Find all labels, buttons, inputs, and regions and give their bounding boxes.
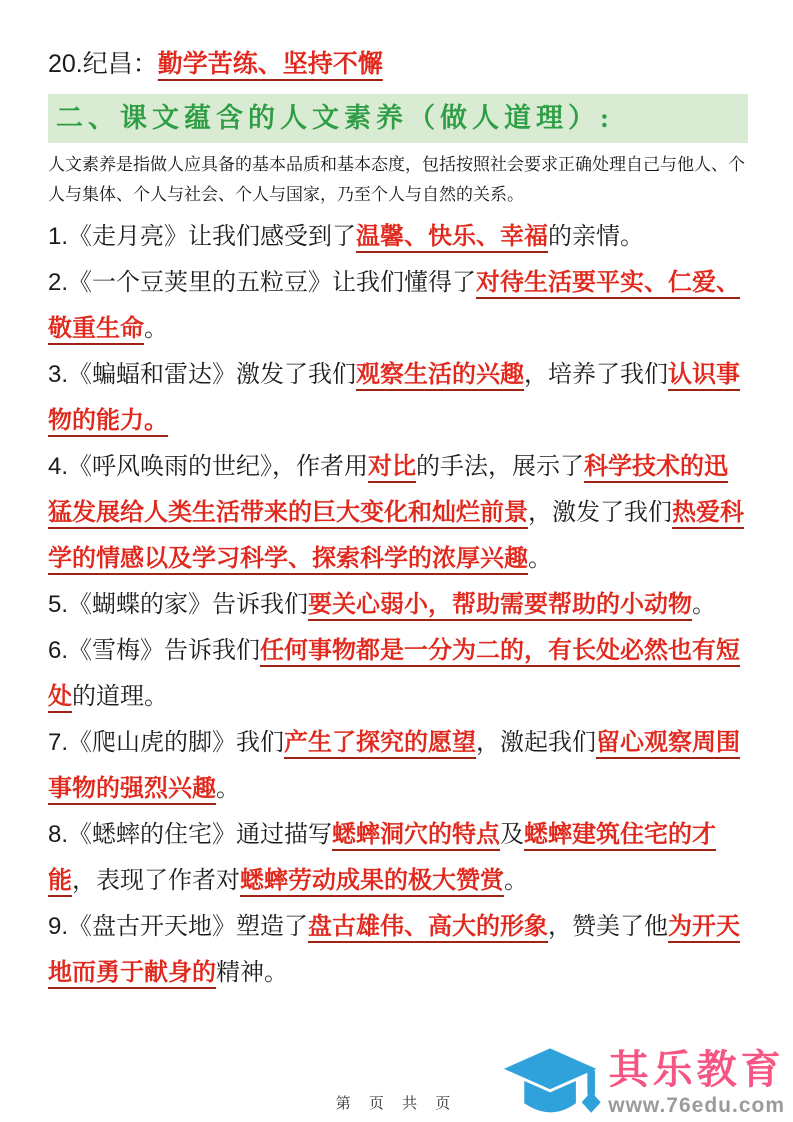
plain-text: 5.《蝴蝶的家》告诉我们 [48,591,308,618]
section-header: 二、课文蕴含的人文素养（做人道理）: [48,94,748,143]
plain-text: 的亲情。 [548,223,644,250]
plain-text: 。 [216,775,240,802]
list-item: 9.《盘古开天地》塑造了盘古雄伟、高大的形象，赞美了他为开天地而勇于献身的精神。 [48,904,748,996]
plain-text: 及 [500,821,524,848]
plain-text: ，赞美了他 [548,913,668,940]
plain-text: 的手法，展示了 [416,453,584,480]
document-page: 20.纪昌：勤学苦练、坚持不懈 二、课文蕴含的人文素养（做人道理）: 人文素养是… [0,0,793,1122]
intro-paragraph: 人文素养是指做人应具备的基本品质和基本态度，包括按照社会要求正确处理自己与他人、… [48,150,748,210]
list-item: 8.《蟋蟀的住宅》通过描写蟋蟀洞穴的特点及蟋蟀建筑住宅的才能，表现了作者对蟋蟀劳… [48,812,748,904]
highlighted-phrase: 对比 [368,453,416,480]
plain-text: 2.《一个豆荚里的五粒豆》让我们懂得了 [48,269,476,296]
plain-text: 。 [528,545,552,572]
plain-text: 4.《呼风唤雨的世纪》，作者用 [48,453,368,480]
brand-name: 其乐教育 [609,1047,785,1093]
plain-text: 。 [504,867,528,894]
plain-text: 20.纪昌： [48,50,158,78]
list-item: 5.《蝴蝶的家》告诉我们要关心弱小，帮助需要帮助的小动物。 [48,582,748,628]
list-item: 2.《一个豆荚里的五粒豆》让我们懂得了对待生活要平实、仁爱、敬重生命。 [48,260,748,352]
highlighted-phrase: 勤学苦练、坚持不懈 [158,50,383,78]
plain-text: 1.《走月亮》让我们感受到了 [48,223,356,250]
highlighted-phrase: 蟋蟀劳动成果的极大赞赏 [240,867,504,894]
list-item: 4.《呼风唤雨的世纪》，作者用对比的手法，展示了科学技术的迅猛发展给人类生活带来… [48,444,748,582]
plain-text: ，激起我们 [476,729,596,756]
page-footer: 第 页 共 页 [0,1092,793,1113]
list-item: 6.《雪梅》告诉我们任何事物都是一分为二的，有长处必然也有短处的道理。 [48,628,748,720]
lesson-list: 1.《走月亮》让我们感受到了温馨、快乐、幸福的亲情。 2.《一个豆荚里的五粒豆》… [48,214,748,996]
plain-text: 3.《蝙蝠和雷达》激发了我们 [48,361,356,388]
plain-text: 精神。 [216,959,288,986]
list-item: 3.《蝙蝠和雷达》激发了我们观察生活的兴趣，培养了我们认识事物的能力。 [48,352,748,444]
note-line-20: 20.纪昌：勤学苦练、坚持不懈 [48,46,748,82]
highlighted-phrase: 温馨、快乐、幸福 [356,223,548,250]
plain-text: 9.《盘古开天地》塑造了 [48,913,308,940]
highlighted-phrase: 要关心弱小，帮助需要帮助的小动物 [308,591,692,618]
plain-text: 6.《雪梅》告诉我们 [48,637,260,664]
highlighted-phrase: 产生了探究的愿望 [284,729,476,756]
highlighted-phrase: 蟋蟀洞穴的特点 [332,821,500,848]
list-item: 1.《走月亮》让我们感受到了温馨、快乐、幸福的亲情。 [48,214,748,260]
plain-text: 的道理。 [72,683,168,710]
highlighted-phrase: 观察生活的兴趣 [356,361,524,388]
plain-text: ，激发了我们 [528,499,672,526]
plain-text: 。 [144,315,168,342]
plain-text: 。 [692,591,716,618]
plain-text: 7.《爬山虎的脚》我们 [48,729,284,756]
highlighted-phrase: 盘古雄伟、高大的形象 [308,913,548,940]
plain-text: ，培养了我们 [524,361,668,388]
list-item: 7.《爬山虎的脚》我们产生了探究的愿望，激起我们留心观察周围事物的强烈兴趣。 [48,720,748,812]
plain-text: ，表现了作者对 [72,867,240,894]
plain-text: 8.《蟋蟀的住宅》通过描写 [48,821,332,848]
